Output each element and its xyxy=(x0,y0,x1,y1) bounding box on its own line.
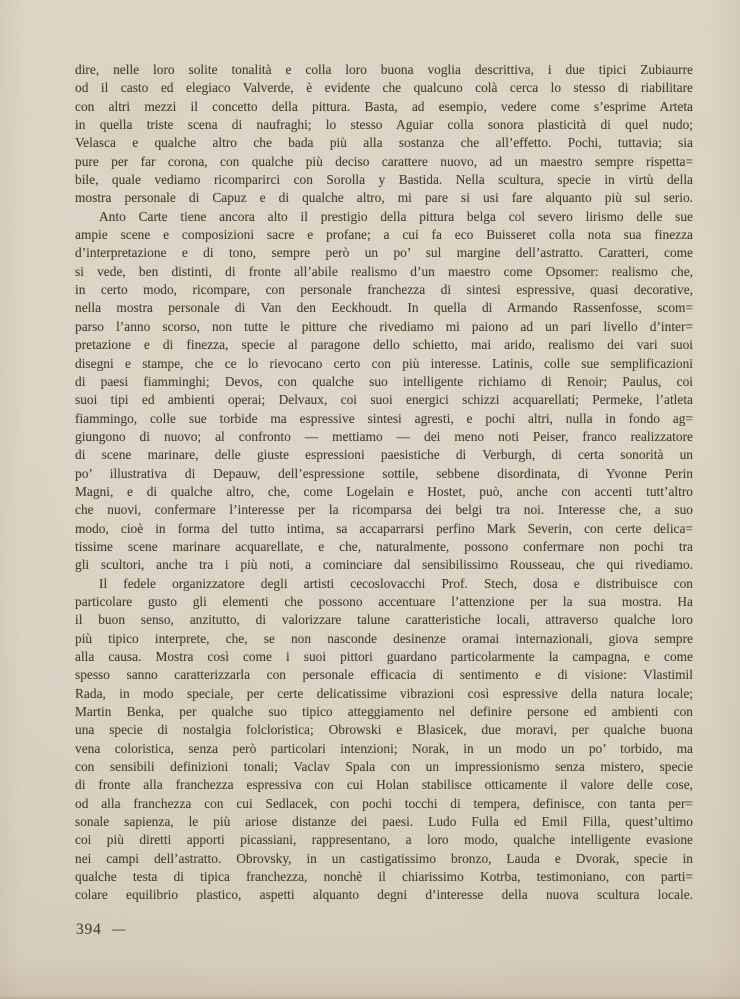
text-line: dire, nelle loro solite tonalità e colla… xyxy=(75,61,693,79)
text-line: si vede, ben distinti, di fronte all’abi… xyxy=(75,263,693,281)
book-page: dire, nelle loro solite tonalità e colla… xyxy=(0,0,740,999)
text-line: sonale sapienza, le più ariose distanze … xyxy=(75,813,693,831)
page-number-dash: — xyxy=(112,921,126,939)
text-line: Magni, e di qualche altro, che, come Log… xyxy=(75,483,693,501)
text-line: Anto Carte tiene ancora alto il prestigi… xyxy=(75,208,693,226)
text-line: di paesi fiamminghi; Devos, con qualche … xyxy=(75,373,693,391)
text-line: parso l’anno scorso, non tutte le pittur… xyxy=(75,318,693,336)
text-line: disegni e stampe, che ce lo rievocano ce… xyxy=(75,355,693,373)
text-line: giungono di nuovo; al confronto — mettia… xyxy=(75,428,693,446)
text-line: più tipico interprete, che, se non nasco… xyxy=(75,630,693,648)
text-line: particolare gusto gli elementi che posso… xyxy=(75,593,693,611)
text-line: Rada, in modo speciale, per certe delica… xyxy=(75,685,693,703)
text-line: con altri mezzi il concetto della pittur… xyxy=(75,98,693,116)
paragraph: Anto Carte tiene ancora alto il prestigi… xyxy=(75,208,693,575)
text-line: il buon senso, anzitutto, di valorizzare… xyxy=(75,611,693,629)
text-line: in certo modo, ricompare, con personale … xyxy=(75,281,693,299)
text-line: nella mostra personale di Van den Eeckho… xyxy=(75,299,693,317)
paragraph: Il fedele organizzatore degli artisti ce… xyxy=(75,575,693,905)
text-line: ampie scene e composizioni sacre e profa… xyxy=(75,226,693,244)
text-line: vena coloristica, senza però particolari… xyxy=(75,740,693,758)
text-line: nei campi dell’astratto. Obrovsky, in un… xyxy=(75,850,693,868)
text-block: dire, nelle loro solite tonalità e colla… xyxy=(75,61,693,905)
text-line: colare equilibrio plastico, aspetti alqu… xyxy=(75,886,693,904)
page-number-value: 394 xyxy=(76,921,102,938)
text-line: una specie di nostalgia folcloristica; O… xyxy=(75,721,693,739)
text-line: Velasca e qualche altro che bada più all… xyxy=(75,134,693,152)
text-line: qualche testa di tipica franchezza, nonc… xyxy=(75,868,693,886)
text-line: modo, cioè in forma del tutto intima, sa… xyxy=(75,520,693,538)
text-line: pretazione e di finezza, specie al parag… xyxy=(75,336,693,354)
text-line: po’ illustrativa di Depauw, dell’espress… xyxy=(75,465,693,483)
text-line: di scene marinare, delle giuste espressi… xyxy=(75,446,693,464)
text-line: gli scultori, anche tra i più noti, a co… xyxy=(75,556,693,574)
text-line: pure per far corona, con qualche più dec… xyxy=(75,153,693,171)
text-line: Martin Benka, per qualche suo tipico att… xyxy=(75,703,693,721)
page-number: 394— xyxy=(76,921,127,939)
text-line: coi più diretti apporti picassiani, rapp… xyxy=(75,831,693,849)
text-line: fiammingo, colle sue torbide ma espressi… xyxy=(75,410,693,428)
paragraph: dire, nelle loro solite tonalità e colla… xyxy=(75,61,693,208)
text-line: spesso sanno caratterizzarla con persona… xyxy=(75,666,693,684)
text-line: bile, quale vediamo ricomparirci con Sor… xyxy=(75,171,693,189)
text-line: od il casto ed elegiaco Valverde, è evid… xyxy=(75,79,693,97)
text-line: Il fedele organizzatore degli artisti ce… xyxy=(75,575,693,593)
text-line: alla causa. Mostra così come i suoi pitt… xyxy=(75,648,693,666)
text-line: od alla franchezza con cui Sedlacek, con… xyxy=(75,795,693,813)
text-line: d’interpretazione e di tono, sempre però… xyxy=(75,244,693,262)
text-line: tissime scene marinare acquarellate, e c… xyxy=(75,538,693,556)
text-line: suoi tipi ed ambienti operai; Delvaux, c… xyxy=(75,391,693,409)
text-line: con sensibili definizioni tonali; Vaclav… xyxy=(75,758,693,776)
text-line: in quella triste scena di naufraghi; lo … xyxy=(75,116,693,134)
text-line: mostra personale di Capuz e di qualche a… xyxy=(75,189,693,207)
text-line: di fronte alla franchezza espressiva con… xyxy=(75,776,693,794)
text-line: che nuovi, confermare l’interesse per la… xyxy=(75,501,693,519)
